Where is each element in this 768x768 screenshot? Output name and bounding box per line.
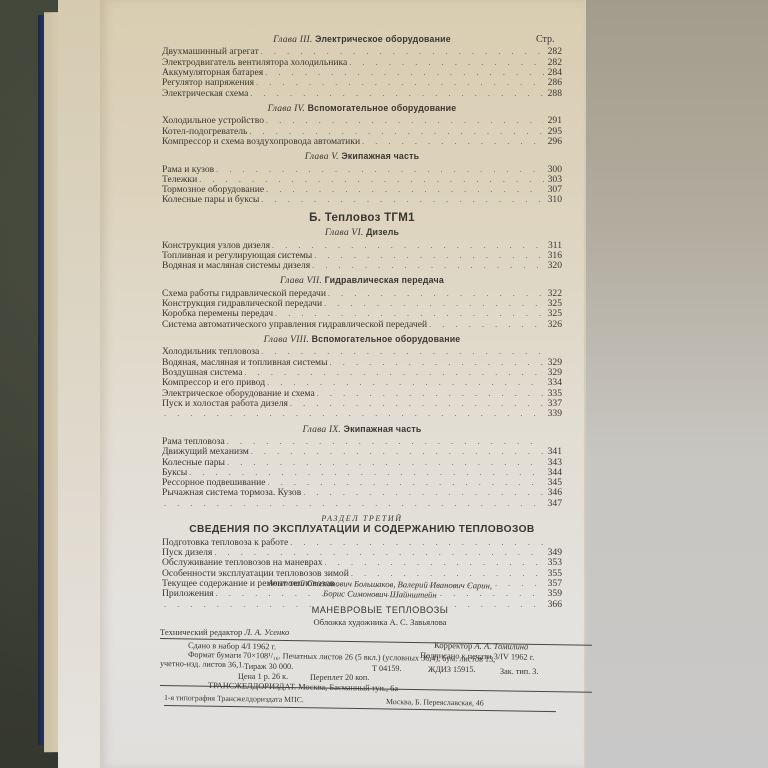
chapter-title: Вспомогательное оборудование — [308, 103, 457, 113]
chapter-heading: Глава III. Электрическое оборудование — [162, 34, 562, 45]
table-of-contents: Глава III. Электрическое оборудованиеДву… — [162, 30, 562, 610]
corrector-label: Корректор — [434, 640, 472, 651]
toc-entry-title: Рычажная система тормоза. Кузов — [162, 488, 303, 498]
dot-leader — [290, 399, 544, 409]
imprint-details: Технический редактор Л. А. Усенко Сдано … — [160, 627, 600, 687]
toc-entry-page: 288 — [544, 89, 562, 99]
dot-leader — [324, 299, 544, 309]
dot-leader — [164, 499, 544, 509]
chapter-title: Гидравлическая передача — [325, 275, 444, 285]
toc-entry[interactable]: 347 — [162, 499, 562, 509]
chapter-heading: Глава VII. Гидравлическая передача — [162, 275, 562, 286]
chapter-label: Глава VIII. — [264, 334, 312, 345]
toc-entry-page: 310 — [544, 195, 562, 205]
dot-leader — [349, 58, 544, 68]
divider — [164, 705, 556, 712]
toc-entry-title: Пуск и холостая работа дизеля — [162, 399, 290, 409]
toc-entry-title: Компрессор и схема воздухопровода автома… — [162, 137, 362, 147]
dot-leader — [317, 389, 544, 399]
cover-artist: Обложка художника А. С. Завьялова — [160, 617, 600, 627]
dot-leader — [266, 185, 544, 195]
toc-entry[interactable]: Водяная и масляная системы дизеля320 — [162, 261, 562, 271]
chapter-heading: Глава VIII. Вспомогательное оборудование — [162, 334, 562, 345]
chapter-heading: Глава IV. Вспомогательное оборудование — [162, 103, 562, 114]
dot-leader — [261, 195, 544, 205]
print-run: Тираж 30 000. — [244, 662, 293, 671]
dot-leader — [328, 289, 544, 299]
order-number: Зак. тип. 3. — [500, 667, 538, 676]
toc-entry-page: 339 — [544, 409, 562, 419]
toc-entry-page: 296 — [544, 137, 562, 147]
edition-sheets: учетно-изд. листов 36,1. — [160, 659, 244, 669]
book-title: МАНЕВРОВЫЕ ТЕПЛОВОЗЫ — [160, 605, 600, 615]
dot-leader — [250, 89, 544, 99]
chapter-label: Глава IX. — [302, 424, 343, 435]
chapter-title: Дизель — [366, 227, 399, 237]
dot-leader — [314, 251, 544, 261]
dot-leader — [265, 68, 544, 78]
part-label: РАЗДЕЛ ТРЕТИЙ — [162, 514, 562, 524]
dot-leader — [251, 447, 544, 457]
dot-leader — [227, 437, 544, 447]
toc-entry[interactable]: 339 — [162, 409, 562, 419]
printer: 1-я типография Трансжелдориздата МПС. — [164, 693, 304, 704]
chapter-label: Глава IV. — [268, 103, 308, 114]
chapter-title: Вспомогательное оборудование — [312, 334, 461, 344]
binding-price: Переплет 20 коп. — [310, 673, 369, 682]
chapter-heading: Глава IX. Экипажная часть — [162, 424, 562, 435]
dot-leader — [227, 458, 544, 468]
toc-entry-title: Водяная и масляная системы дизеля — [162, 261, 312, 271]
tech-editor-label: Технический редактор — [160, 627, 242, 637]
dot-leader — [303, 488, 544, 498]
price: Цена 1 р. 26 к. — [238, 672, 288, 681]
toc-entry[interactable]: Электрическая схема288 — [162, 89, 562, 99]
dot-leader — [164, 409, 544, 419]
toc-entry[interactable]: Колесные пары и буксы310 — [162, 195, 562, 205]
printer-address: Москва, Б. Переяславская, 46 — [386, 697, 484, 708]
dot-leader — [312, 261, 544, 271]
chapter-label: Глава III. — [273, 34, 315, 45]
chapter-label: Глава V. — [305, 151, 342, 162]
dot-leader — [290, 538, 544, 548]
chapter-title: Экипажная часть — [344, 424, 422, 434]
chapter-title: Электрическое оборудование — [315, 34, 451, 44]
publisher: ТРАНСЖЕЛДОРИЗДАТ. Москва, Басманный туп.… — [208, 681, 398, 693]
imprint: Анатолий Степанович Большаков, Валерий И… — [160, 580, 600, 727]
chapter-heading: Глава VI. Дизель — [162, 227, 562, 238]
toc-entry-title: Система автоматического управления гидра… — [162, 320, 429, 330]
toc-entry[interactable]: Рычажная система тормоза. Кузов346 — [162, 488, 562, 498]
chapter-label: Глава VI. — [325, 227, 366, 238]
corrector-name: А. А. Томилина — [474, 641, 528, 652]
dot-leader — [362, 137, 544, 147]
dot-leader — [429, 320, 544, 330]
toc-entry[interactable]: Подготовка тепловоза к работе — [162, 538, 562, 548]
toc-entry[interactable]: Компрессор и схема воздухопровода автома… — [162, 137, 562, 147]
dot-leader — [330, 358, 544, 368]
publisher-block: ТРАНСЖЕЛДОРИЗДАТ. Москва, Басманный туп.… — [160, 687, 600, 727]
dot-leader — [256, 78, 544, 88]
toc-entry-page: 320 — [544, 261, 562, 271]
dot-leader — [216, 165, 544, 175]
facing-page — [584, 0, 768, 768]
toc-entry-title: Колесные пары и буксы — [162, 195, 261, 205]
tech-editor: Технический редактор Л. А. Усенко — [160, 627, 289, 637]
t-number: Т 04159. — [372, 664, 402, 673]
toc-entry[interactable]: Рама и кузов300 — [162, 165, 562, 175]
toc-entry-title: Электрическая схема — [162, 89, 250, 99]
dot-leader — [266, 116, 544, 126]
toc-entry[interactable]: Пуск и холостая работа дизеля337 — [162, 399, 562, 409]
toc-entry[interactable]: Система автоматического управления гидра… — [162, 320, 562, 330]
dot-leader — [268, 478, 545, 488]
toc-entry-page: 347 — [544, 499, 562, 509]
corrector: Корректор А. А. Томилина — [434, 640, 529, 651]
chapter-heading: Глава V. Экипажная часть — [162, 151, 562, 162]
dot-leader — [272, 241, 544, 251]
toc-entry[interactable]: Колесные пары343 — [162, 458, 562, 468]
toc-entry-page: 326 — [544, 320, 562, 330]
dot-leader — [325, 558, 544, 568]
authors: Анатолий Степанович Большаков, Валерий И… — [160, 577, 600, 602]
left-page-edge — [58, 0, 104, 768]
tech-editor-name: Л. А. Усенко — [244, 627, 289, 637]
zhdiz-number: ЖДИЗ 15915. — [428, 665, 476, 674]
section-title: Б. Тепловоз ТГМ1 — [162, 213, 562, 223]
chapter-label: Глава VII. — [280, 275, 325, 286]
chapter-title: Экипажная часть — [341, 151, 419, 161]
dot-leader — [244, 368, 544, 378]
dot-leader — [351, 569, 544, 579]
part-title: СВЕДЕНИЯ ПО ЭКСПЛУАТАЦИИ И СОДЕРЖАНИЮ ТЕ… — [162, 525, 562, 535]
